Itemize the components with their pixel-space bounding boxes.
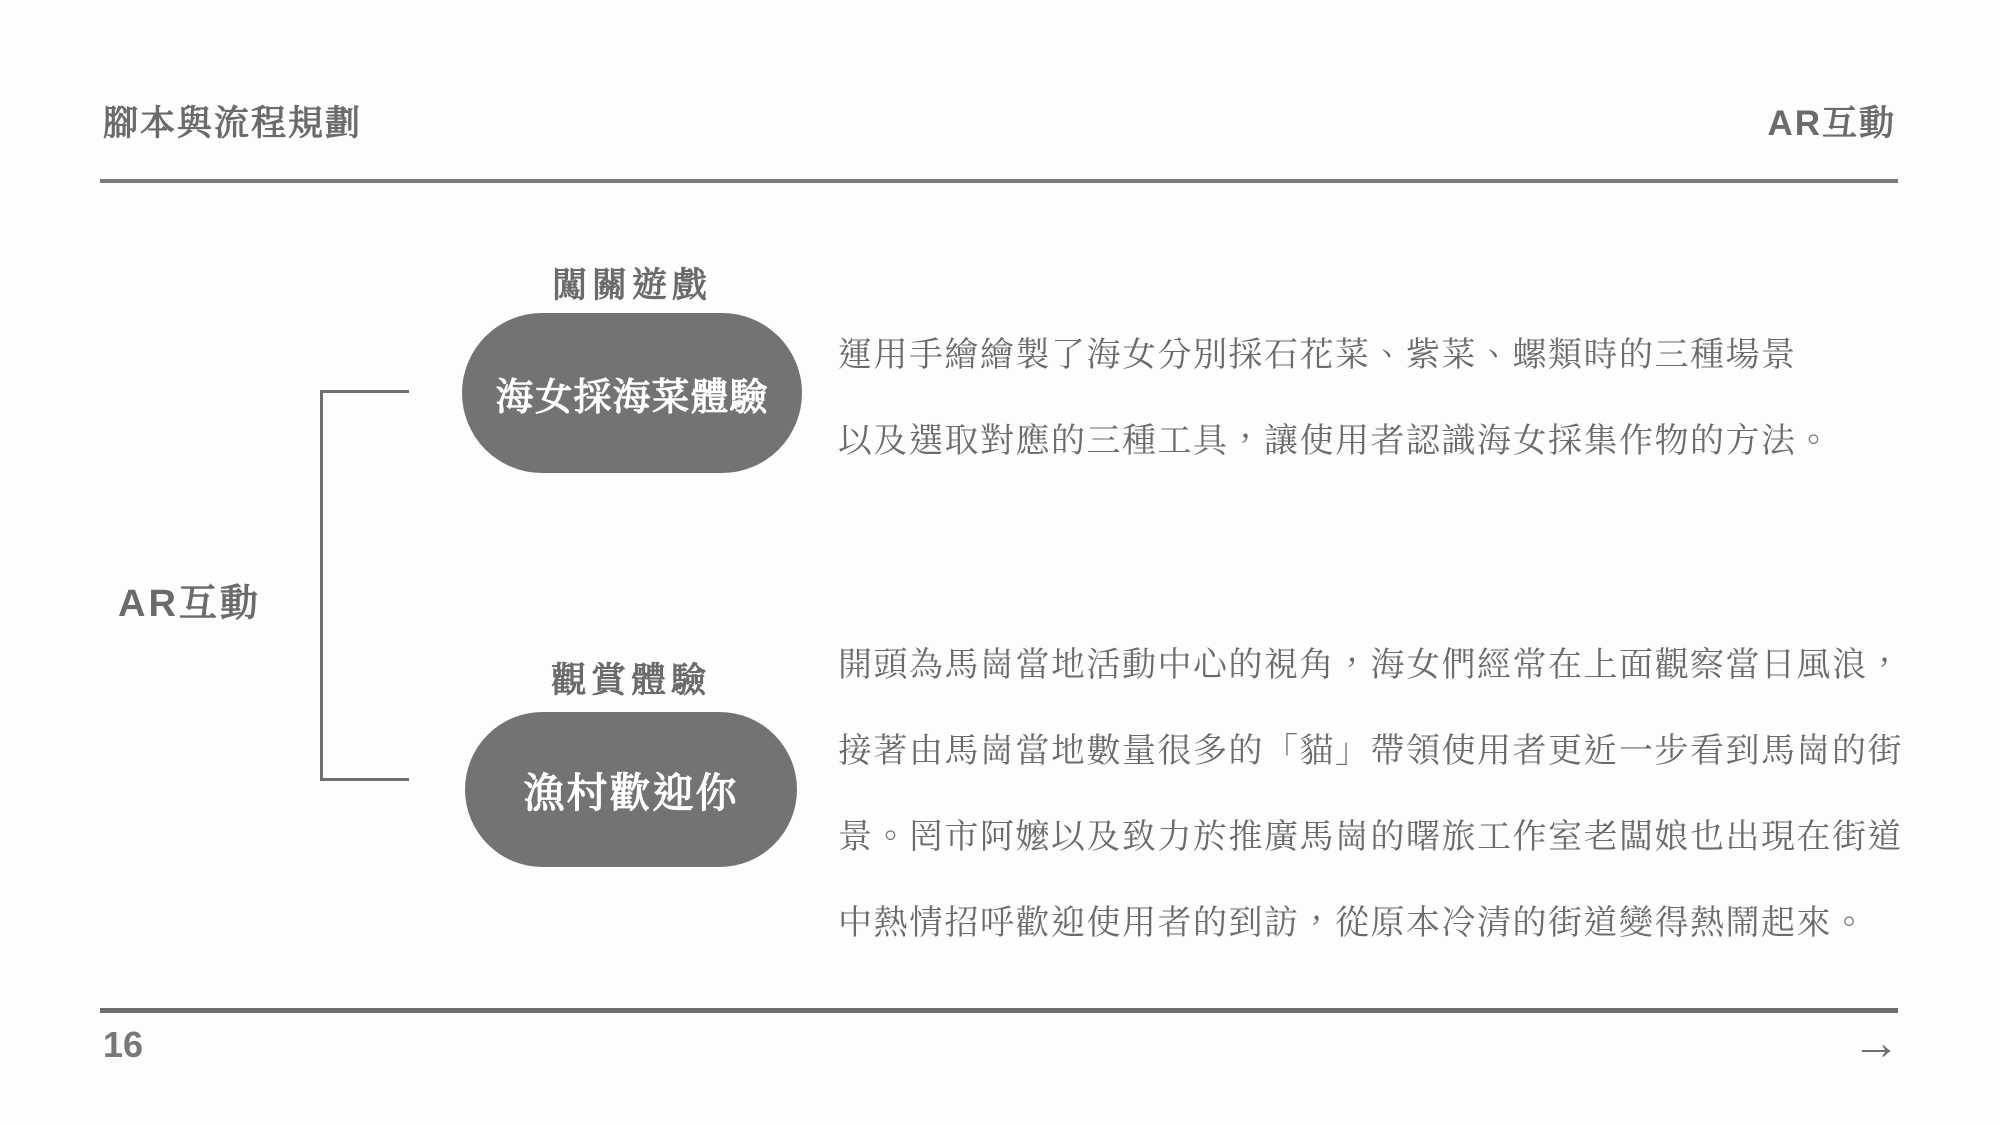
tree-root-label: AR互動 bbox=[118, 572, 261, 627]
next-page-arrow-icon[interactable]: → bbox=[1852, 1020, 1900, 1068]
node1-pill-label: 海女採海菜體驗 bbox=[495, 366, 768, 421]
slide-section-title: 腳本與流程規劃 bbox=[103, 96, 362, 146]
node2-category-label: 觀賞體驗 bbox=[465, 653, 797, 703]
node2-pill-label: 漁村歡迎你 bbox=[524, 760, 739, 819]
bracket-branch-bottom bbox=[320, 778, 409, 781]
node1-description: 運用手繪繪製了海女分別採石花菜、紫菜、螺類時的三種場景 以及選取對應的三種工具，… bbox=[838, 312, 1832, 484]
node2-pill: 漁村歡迎你 bbox=[465, 712, 797, 867]
node2-description: 開頭為馬崗當地活動中心的視角，海女們經常在上面觀察當日風浪， 接著由馬崗當地數量… bbox=[838, 622, 1903, 966]
node1-category-label: 闖關遊戲 bbox=[462, 258, 802, 308]
node2-description-line: 中熱情招呼歡迎使用者的到訪，從原本冷清的街道變得熱鬧起來。 bbox=[838, 880, 1903, 966]
slide: 腳本與流程規劃 AR互動 AR互動 闖關遊戲 海女採海菜體驗 運用手繪繪製了海女… bbox=[0, 0, 2000, 1125]
footer-divider bbox=[100, 1008, 1898, 1013]
node1-description-line: 以及選取對應的三種工具，讓使用者認識海女採集作物的方法。 bbox=[838, 398, 1832, 484]
node2-description-line: 景。罔市阿嬤以及致力於推廣馬崗的曙旅工作室老闆娘也出現在街道 bbox=[838, 794, 1903, 880]
slide-topic-title: AR互動 bbox=[1767, 96, 1896, 146]
bracket-vertical-line bbox=[320, 390, 323, 781]
node1-description-line: 運用手繪繪製了海女分別採石花菜、紫菜、螺類時的三種場景 bbox=[838, 312, 1832, 398]
page-number: 16 bbox=[103, 1024, 143, 1066]
node2-description-line: 接著由馬崗當地數量很多的「貓」帶領使用者更近一步看到馬崗的街 bbox=[838, 708, 1903, 794]
node1-pill: 海女採海菜體驗 bbox=[462, 313, 802, 473]
header-divider bbox=[100, 179, 1898, 183]
bracket-branch-top bbox=[320, 390, 409, 393]
node2-description-line: 開頭為馬崗當地活動中心的視角，海女們經常在上面觀察當日風浪， bbox=[838, 622, 1903, 708]
